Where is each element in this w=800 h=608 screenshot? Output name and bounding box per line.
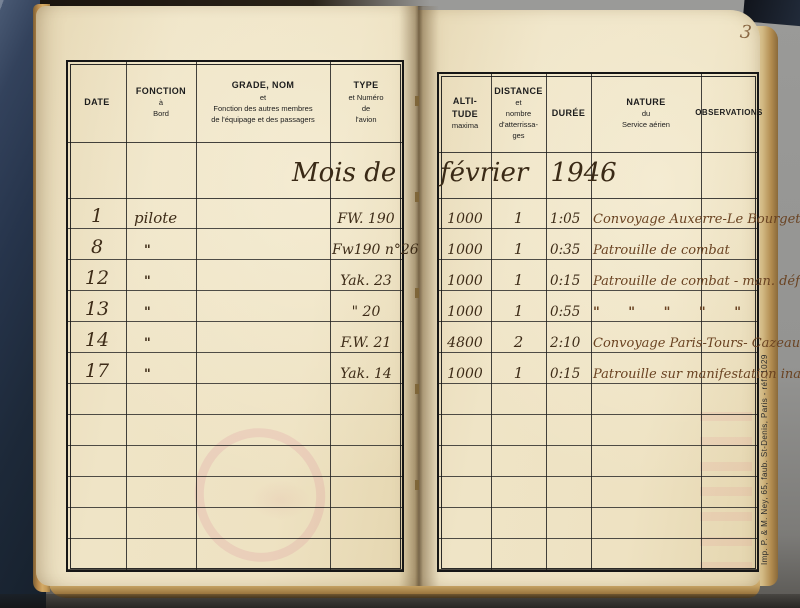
cell-altitude: 1000 bbox=[439, 211, 491, 229]
cell-landings: 1 bbox=[491, 364, 546, 384]
cell-nature: " " " " " bbox=[591, 305, 701, 322]
cell-date: 14 bbox=[68, 329, 126, 353]
cell-duree: 0:15 bbox=[546, 273, 591, 291]
cell-duree: 0:15 bbox=[546, 366, 591, 384]
cell-altitude: 1000 bbox=[439, 366, 491, 384]
binding-stitches bbox=[415, 96, 419, 571]
log-row-right: 4800 2 2:10 Convoyage Paris-Tours- Cazea… bbox=[439, 322, 757, 353]
log-row-left: 17 " Yak. 14 bbox=[68, 353, 402, 384]
header-fonction-line3: Bord bbox=[153, 109, 169, 118]
cell-fonction: pilote bbox=[126, 209, 196, 229]
cell-type: Fw190 n°26 bbox=[330, 242, 402, 260]
header-nature-line1: NATURE bbox=[626, 97, 665, 107]
header-observations: OBSERVATIONS bbox=[701, 74, 757, 152]
cell-nature: Patrouille de combat - man. défilé bbox=[591, 274, 701, 291]
cell-landings: 2 bbox=[491, 333, 546, 353]
header-fonction-line1: FONCTION bbox=[136, 86, 186, 96]
cell-landings: 1 bbox=[491, 209, 546, 229]
cell-nature: Patrouille sur manifestation inaugurale bbox=[591, 367, 701, 384]
header-altitude-line3: maxima bbox=[452, 121, 478, 130]
log-row-left: 14 " F.W. 21 bbox=[68, 322, 402, 353]
header-altitude-line1: ALTI- bbox=[453, 96, 477, 106]
header-type-line2: et Numéro bbox=[348, 93, 383, 102]
log-row-right: 1000 1 0:15 Patrouille sur manifestation… bbox=[439, 353, 757, 384]
header-distance-line3: nombre bbox=[506, 109, 531, 118]
cell-nature: Patrouille de combat bbox=[591, 243, 701, 260]
cell-duree: 0:55 bbox=[546, 304, 591, 322]
left-log-table: DATE FONCTION à Bord GRADE, NOM et Fonct… bbox=[66, 60, 404, 572]
header-distance-line1: DISTANCE bbox=[494, 86, 543, 96]
log-row-left: 1 pilote FW. 190 bbox=[68, 198, 402, 229]
header-type-line1: TYPE bbox=[353, 80, 378, 90]
log-row-right: 1000 1 0:55 " " " " " bbox=[439, 291, 757, 322]
cell-fonction: " bbox=[126, 367, 196, 384]
cell-nature: Convoyage Paris-Tours- Cazeaux bbox=[591, 336, 701, 353]
header-grade-line3: Fonction des autres membres bbox=[213, 104, 312, 113]
log-row-right: 1000 1 0:35 Patrouille de combat bbox=[439, 229, 757, 260]
printer-credit: Imp. P. & M. Ney, 65, faub. St-Denis, Pa… bbox=[760, 265, 769, 565]
header-grade-nom: GRADE, NOM et Fonction des autres membre… bbox=[196, 62, 330, 142]
header-nature-line2: du bbox=[642, 109, 650, 118]
left-table-header: DATE FONCTION à Bord GRADE, NOM et Fonct… bbox=[68, 62, 402, 142]
log-row-right: 1000 1 1:05 Convoyage Auxerre-Le Bourget bbox=[439, 198, 757, 229]
cell-altitude: 4800 bbox=[439, 335, 491, 353]
header-altitude-line2: TUDE bbox=[452, 109, 478, 119]
header-distance-line4: d'atterrissa- bbox=[499, 120, 538, 129]
header-altitude: ALTI- TUDE maxima bbox=[439, 74, 491, 152]
cell-grade bbox=[196, 382, 330, 384]
header-divider bbox=[439, 152, 757, 153]
cell-nature: Convoyage Auxerre-Le Bourget bbox=[591, 212, 701, 229]
header-distance: DISTANCE et nombre d'atterrissa- ges bbox=[491, 74, 546, 152]
header-type-avion: TYPE et Numéro de l'avion bbox=[330, 62, 402, 142]
header-duree-label: DURÉE bbox=[552, 108, 586, 118]
book-gutter bbox=[399, 6, 439, 586]
cell-fonction: " bbox=[126, 305, 196, 322]
header-grade-line1: GRADE, NOM bbox=[232, 80, 295, 90]
header-date-label: DATE bbox=[84, 97, 109, 107]
right-table-header: ALTI- TUDE maxima DISTANCE et nombre d'a… bbox=[439, 74, 757, 152]
log-row-left: 8 " Fw190 n°26 bbox=[68, 229, 402, 260]
log-row-left: 13 " " 20 bbox=[68, 291, 402, 322]
header-distance-line2: et bbox=[515, 98, 521, 107]
cell-duree: 0:35 bbox=[546, 242, 591, 260]
month-label-right: février 1946 bbox=[440, 158, 617, 188]
header-grade-line4: de l'équipage et des passagers bbox=[211, 115, 315, 124]
log-row-right: 1000 1 0:15 Patrouille de combat - man. … bbox=[439, 260, 757, 291]
log-row-left: 12 " Yak. 23 bbox=[68, 260, 402, 291]
cell-date: 17 bbox=[68, 360, 126, 384]
header-observations-label: OBSERVATIONS bbox=[695, 108, 762, 117]
header-nature: NATURE du Service aérien bbox=[591, 74, 701, 152]
cell-altitude: 1000 bbox=[439, 273, 491, 291]
month-label-left: Mois de bbox=[292, 158, 396, 188]
cell-date: 12 bbox=[68, 267, 126, 291]
header-fonction-line2: à bbox=[159, 98, 163, 107]
header-divider bbox=[68, 142, 402, 143]
cell-duree: 2:10 bbox=[546, 335, 591, 353]
cell-duree: 1:05 bbox=[546, 211, 591, 229]
header-fonction: FONCTION à Bord bbox=[126, 62, 196, 142]
cell-fonction: " bbox=[126, 336, 196, 353]
page-number: 3 bbox=[739, 21, 753, 43]
cell-landings: 1 bbox=[491, 271, 546, 291]
cell-type: " 20 bbox=[330, 304, 402, 322]
header-duree: DURÉE bbox=[546, 74, 591, 152]
header-type-line4: l'avion bbox=[355, 115, 376, 124]
cell-type: Yak. 23 bbox=[330, 273, 402, 291]
header-distance-line5: ges bbox=[512, 131, 524, 140]
cell-type: Yak. 14 bbox=[330, 366, 402, 384]
cell-date: 1 bbox=[68, 205, 126, 229]
header-type-line3: de bbox=[362, 104, 370, 113]
cell-date: 8 bbox=[68, 236, 126, 260]
cell-landings: 1 bbox=[491, 302, 546, 322]
cell-altitude: 1000 bbox=[439, 242, 491, 260]
cell-altitude: 1000 bbox=[439, 304, 491, 322]
cell-type: F.W. 21 bbox=[330, 335, 402, 353]
cell-type: FW. 190 bbox=[330, 211, 402, 229]
header-grade-line2: et bbox=[260, 93, 266, 102]
table-surface-shadow bbox=[0, 594, 800, 608]
header-date: DATE bbox=[68, 62, 126, 142]
header-nature-line3: Service aérien bbox=[622, 120, 670, 129]
cell-landings: 1 bbox=[491, 240, 546, 260]
cell-date: 13 bbox=[68, 298, 126, 322]
cell-fonction: " bbox=[126, 243, 196, 260]
cell-fonction: " bbox=[126, 274, 196, 291]
right-log-table: ALTI- TUDE maxima DISTANCE et nombre d'a… bbox=[437, 72, 759, 572]
